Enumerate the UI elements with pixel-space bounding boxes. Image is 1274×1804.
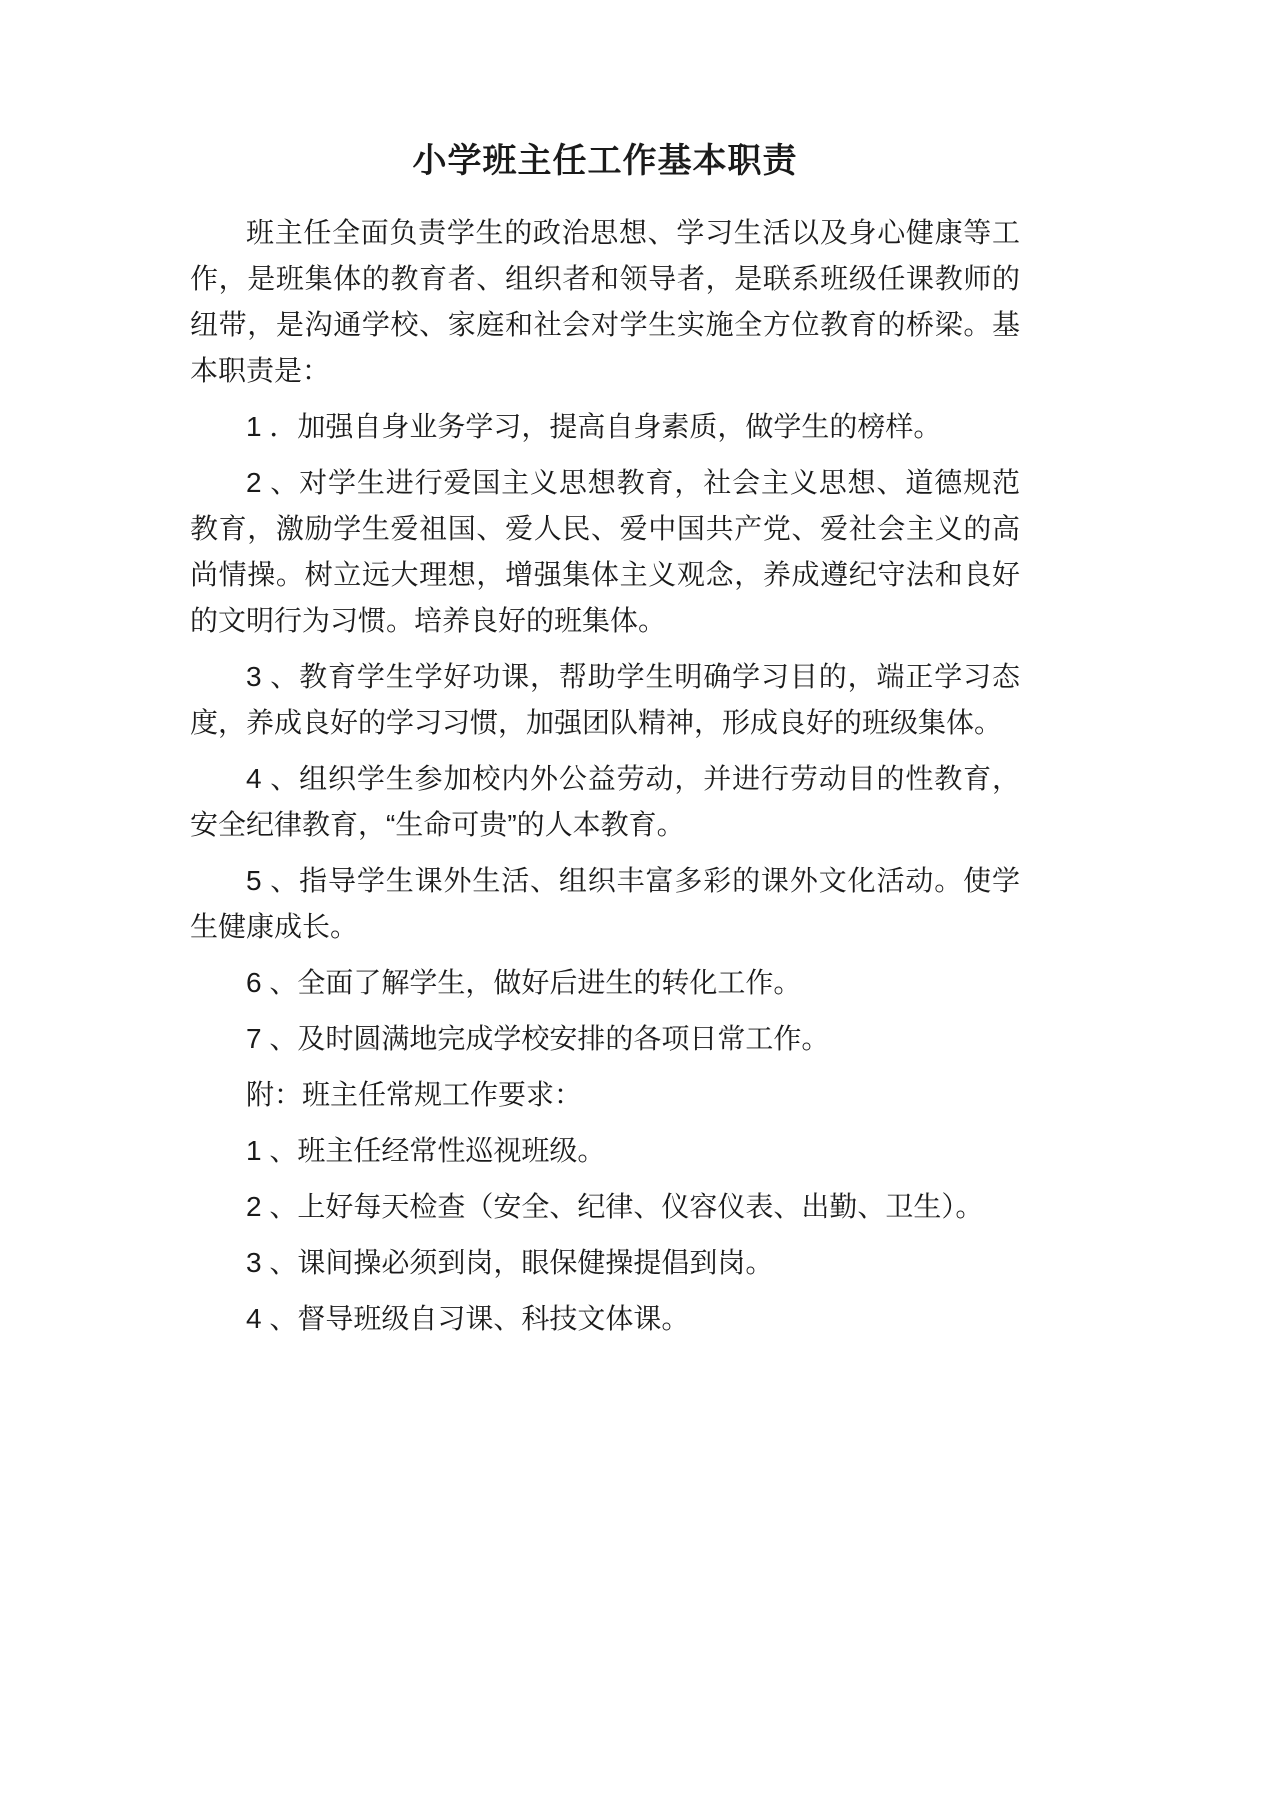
appendix-item-2: 2 、上好每天检查（安全、纪律、仪容仪表、出勤、卫生）。 xyxy=(190,1184,1020,1230)
appendix-item-3: 3 、课间操必须到岗，眼保健操提倡到岗。 xyxy=(190,1240,1020,1286)
duty-item-6: 6 、全面了解学生，做好后进生的转化工作。 xyxy=(190,960,1020,1006)
appendix-item-4: 4 、督导班级自习课、科技文体课。 xyxy=(190,1296,1020,1342)
duty-item-5: 5 、指导学生课外生活、组织丰富多彩的课外文化活动。使学生健康成长。 xyxy=(190,858,1020,950)
document-page: 小学班主任工作基本职责 班主任全面负责学生的政治思想、学习生活以及身心健康等工作… xyxy=(0,0,1274,1804)
intro-paragraph: 班主任全面负责学生的政治思想、学习生活以及身心健康等工作，是班集体的教育者、组织… xyxy=(190,210,1020,394)
duty-item-3: 3 、教育学生学好功课，帮助学生明确学习目的，端正学习态度，养成良好的学习习惯，… xyxy=(190,654,1020,746)
appendix-heading: 附：班主任常规工作要求： xyxy=(190,1072,1020,1118)
duty-item-7: 7 、及时圆满地完成学校安排的各项日常工作。 xyxy=(190,1016,1020,1062)
duty-item-1: 1 ．加强自身业务学习，提高自身素质，做学生的榜样。 xyxy=(190,404,1020,450)
document-title: 小学班主任工作基本职责 xyxy=(190,136,1020,186)
duty-item-4: 4 、组织学生参加校内外公益劳动，并进行劳动目的性教育，安全纪律教育，“生命可贵… xyxy=(190,756,1020,848)
appendix-item-1: 1 、班主任经常性巡视班级。 xyxy=(190,1128,1020,1174)
duty-item-2: 2 、对学生进行爱国主义思想教育，社会主义思想、道德规范教育，激励学生爱祖国、爱… xyxy=(190,460,1020,644)
